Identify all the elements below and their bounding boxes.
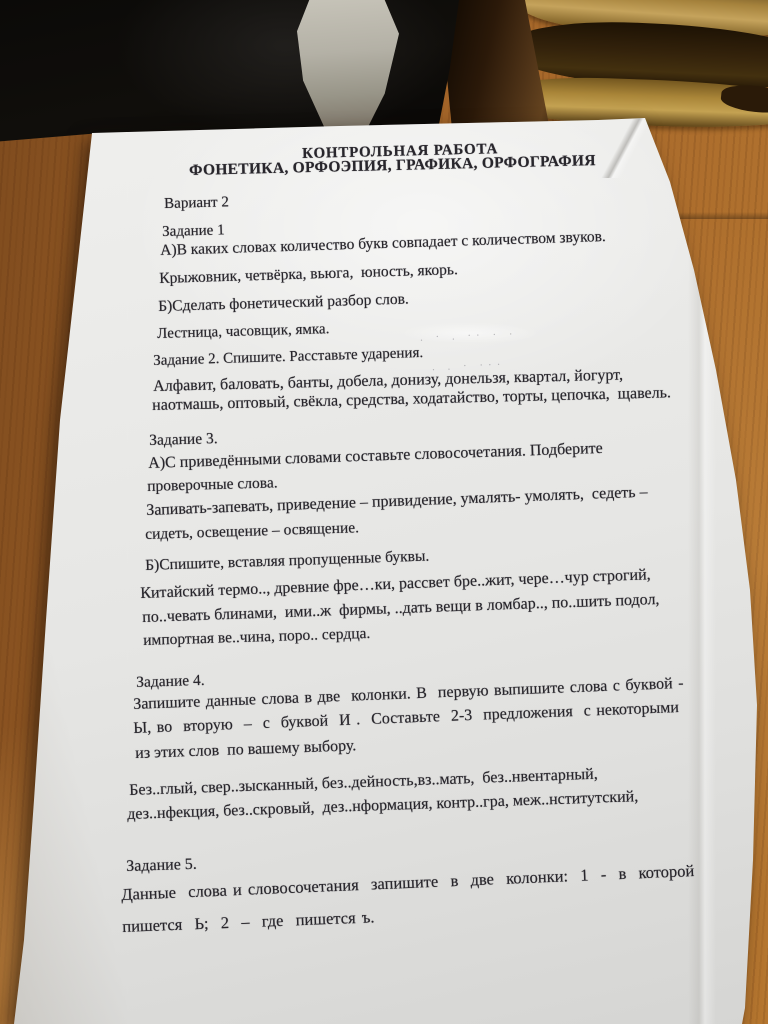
task2-heading: Задание 2. Спишите. Расставьте ударения.	[153, 346, 423, 369]
paper-sheet: . · . ·· · · . . · ··· КОНТРОЛЬНАЯ РАБОТ…	[0, 0, 768, 1024]
task3-part-b-line3: импортная ве..чина, поро.. сердца.	[143, 626, 370, 649]
photo-scene: . · . ·· · · . . · ··· КОНТРОЛЬНАЯ РАБОТ…	[0, 0, 768, 1024]
task1-part-b: Б)Сделать фонетический разбор слов.	[158, 292, 409, 315]
variant-label: Вариант 2	[164, 195, 229, 212]
task1-part-a-words: Крыжовник, четвёрка, вьюга, юность, якор…	[159, 262, 458, 286]
task1-part-a: А)В каких словах количество букв совпада…	[160, 229, 606, 258]
task4-instr-line3: из этих слов по вашему выбору.	[135, 738, 357, 762]
task3-pairs-line2: сидеть, освещение – освящение.	[145, 520, 359, 542]
task4-heading: Задание 4.	[136, 673, 205, 691]
task1-heading: Задание 1	[162, 223, 225, 240]
task3-part-b: Б)Спишите, вставляя пропущенные буквы.	[145, 549, 430, 574]
task1-part-b-words: Лестница, часовщик, ямка.	[157, 322, 330, 342]
task5-heading: Задание 5.	[126, 857, 197, 875]
task5-instr-line1: Данные слова и словосочетания запишите в…	[121, 863, 695, 903]
document-title-line2: ФОНЕТИКА, ОРФОЭПИЯ, ГРАФИКА, ОРФОГРАФИЯ	[189, 153, 596, 178]
task5-instr-line2: пишется Ь; 2 – где пишется ъ.	[122, 909, 375, 935]
task3-part-a-line2: проверочные слова.	[147, 475, 278, 494]
task3-heading: Задание 3.	[149, 431, 218, 448]
paper-shadow: . · . ·· · · . . · ··· КОНТРОЛЬНАЯ РАБОТ…	[0, 0, 768, 1024]
